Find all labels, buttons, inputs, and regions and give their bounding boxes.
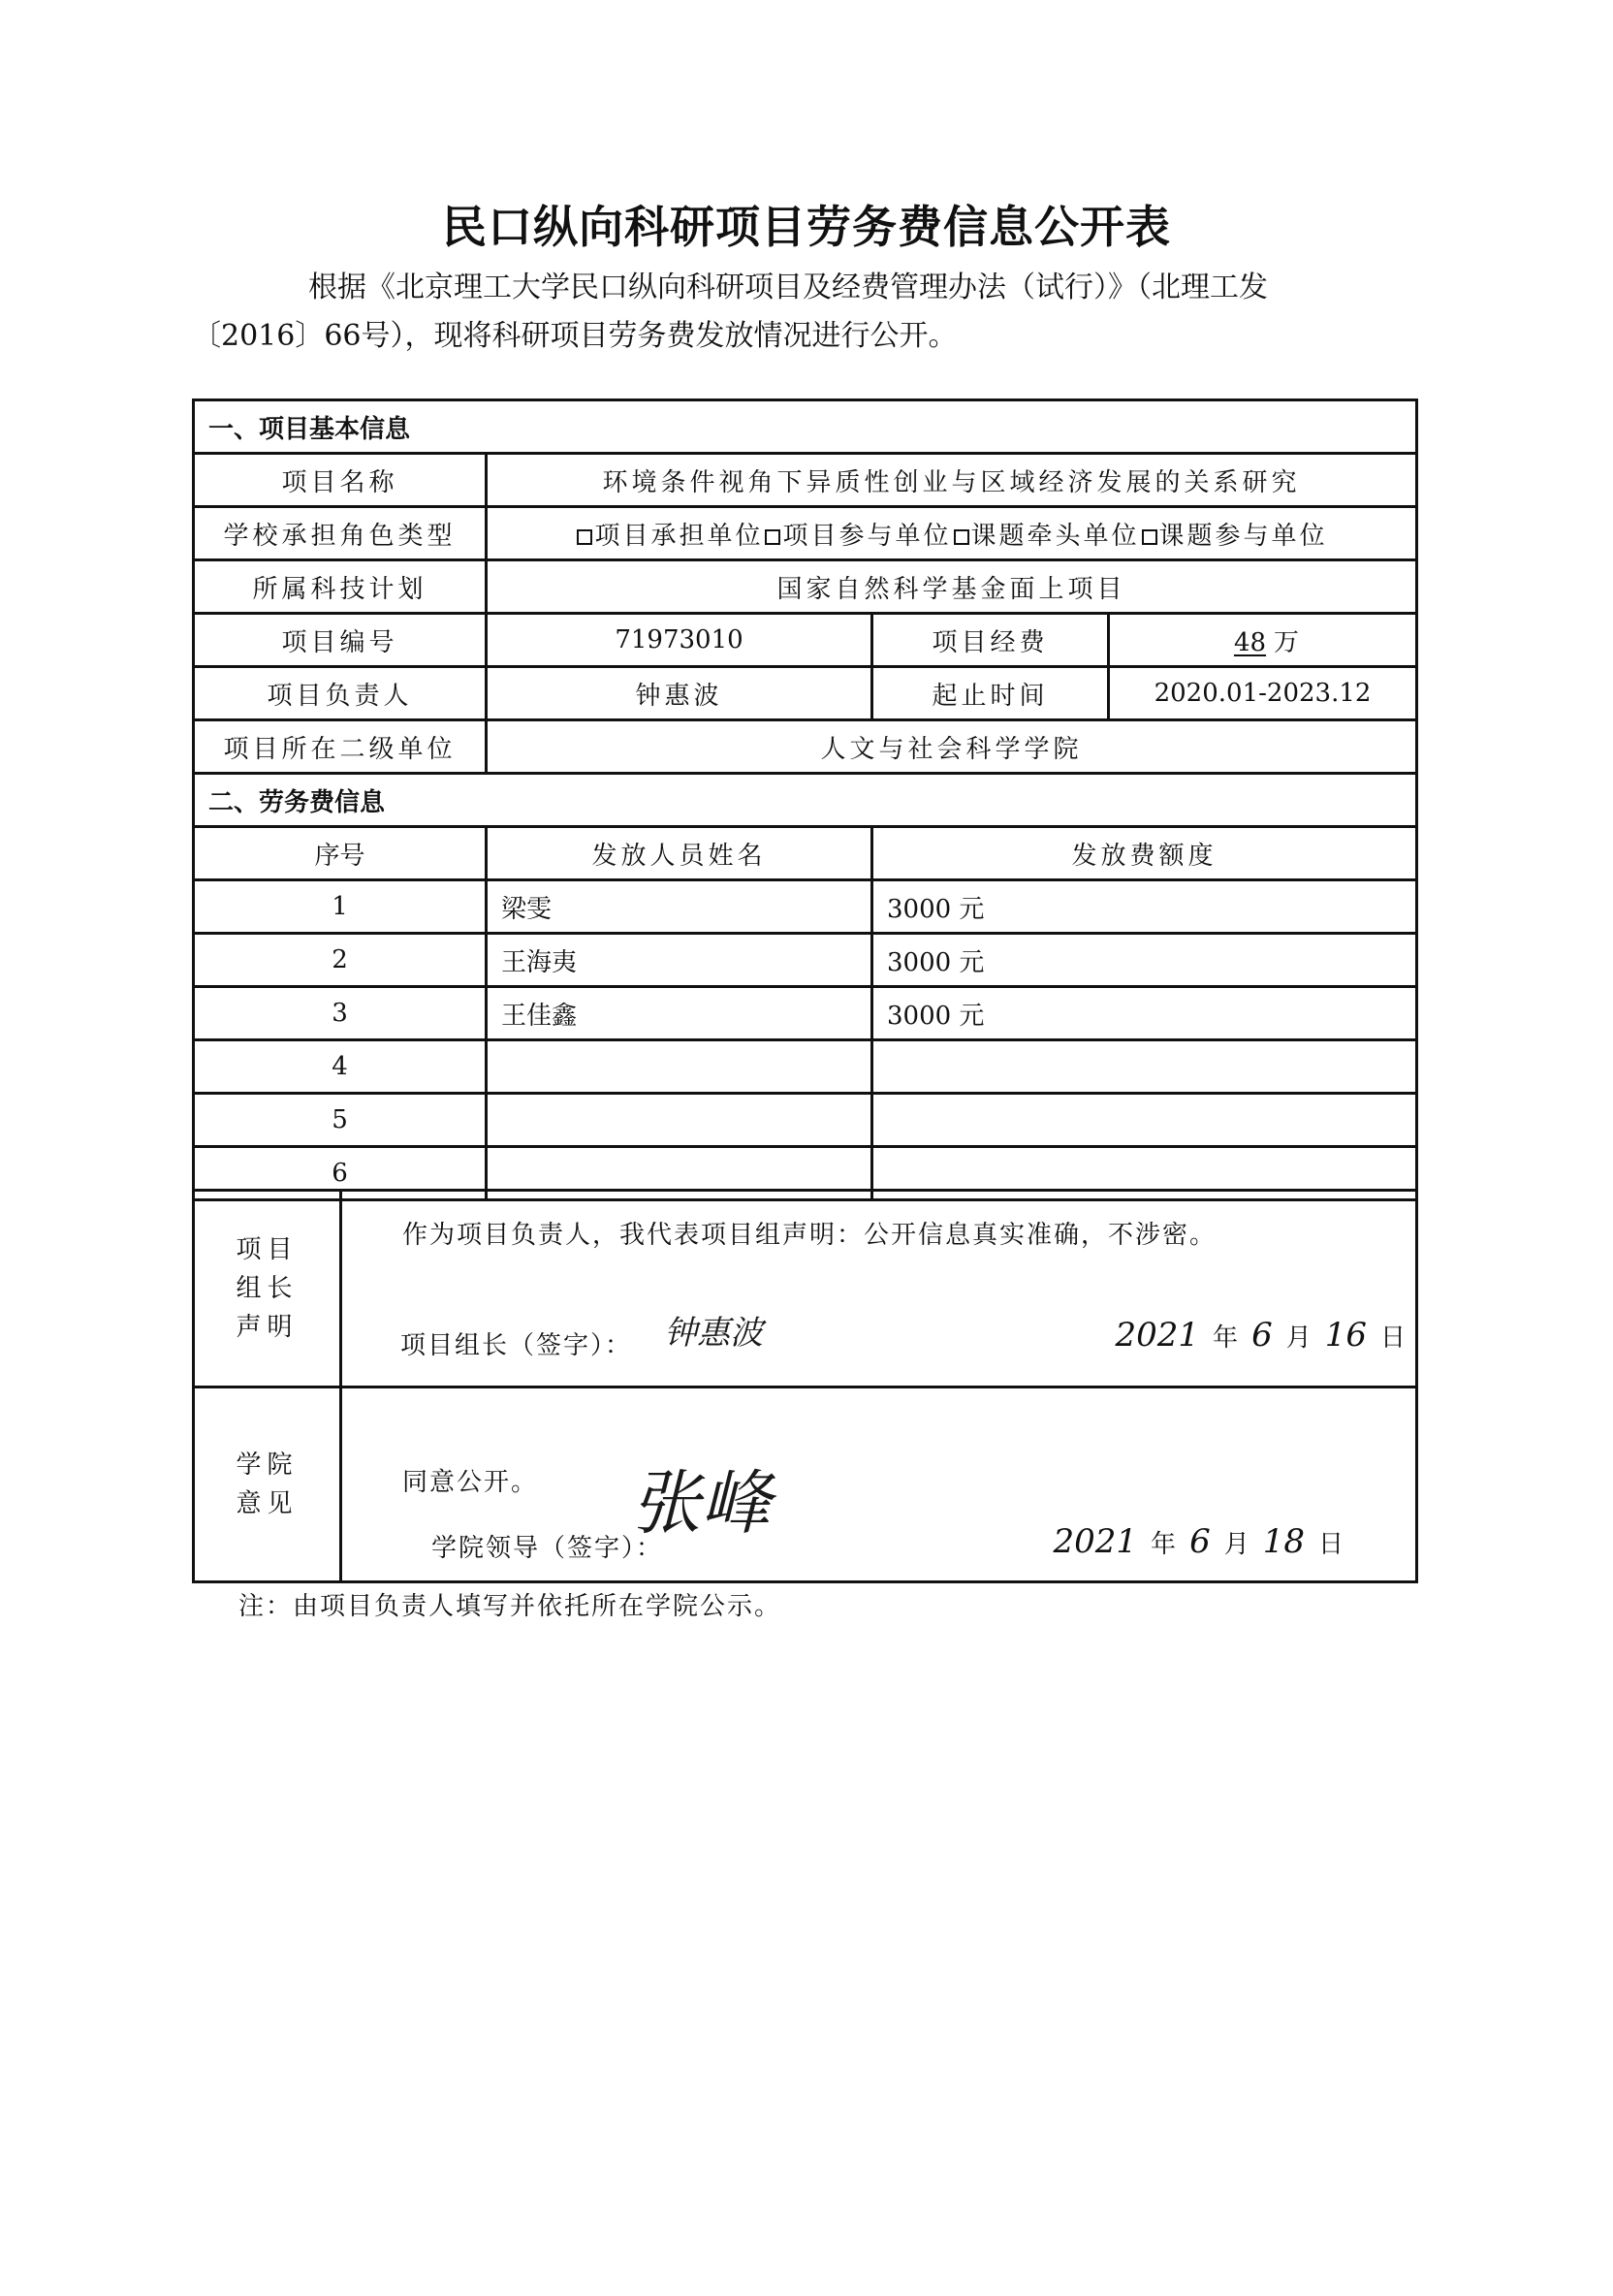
college-opinion-body: 同意公开。 学院领导（签字）： 张峰 2021年6月18日 [341,1387,1417,1582]
college-signature: 张峰 [631,1447,771,1547]
checkbox-icon[interactable] [954,529,969,545]
project-name-label: 项目名称 [194,454,487,507]
program-row: 所属科技计划 国家自然科学基金面上项目 [194,560,1417,614]
row-name: 梁雯 [487,880,872,934]
leader-label: 项目负责人 [194,667,487,720]
role-type-row: 学校承担角色类型 项目承担单位项目参与单位课题牵头单位课题参与单位 [194,507,1417,560]
footer-note: 注：由项目负责人填写并依托所在学院公示。 [238,1586,781,1622]
college-sign-date: 2021年6月18日 [1040,1522,1344,1561]
checkbox-icon[interactable] [1142,529,1157,545]
table-row: 2 王海夷 3000 元 [194,934,1417,987]
leader-declaration-body: 作为项目负责人，我代表项目组声明：公开信息真实准确，不涉密。 项目组长（签字）：… [341,1191,1417,1387]
row-name: 王海夷 [487,934,872,987]
project-name-value: 环境条件视角下异质性创业与区域经济发展的关系研究 [487,454,1417,507]
row-amount: 3000 元 [872,880,1417,934]
checkbox-icon[interactable] [765,529,780,545]
declaration-text: 作为项目负责人，我代表项目组声明：公开信息真实准确，不涉密。 [402,1215,1217,1251]
program-value: 国家自然科学基金面上项目 [487,560,1417,614]
col-header-name: 发放人员姓名 [487,827,872,880]
college-opinion-text: 同意公开。 [402,1462,538,1498]
row-amount: 3000 元 [872,987,1417,1040]
funding-amount: 48 [1226,628,1274,657]
unit-row: 项目所在二级单位 人文与社会科学学院 [194,720,1417,774]
project-no-label: 项目编号 [194,614,487,667]
row-no: 3 [194,987,487,1040]
program-label: 所属科技计划 [194,560,487,614]
funding-unit: 万 [1274,628,1299,657]
signature-table: 项目 组长 声明 作为项目负责人，我代表项目组声明：公开信息真实准确，不涉密。 … [192,1189,1418,1583]
college-opinion-label: 学院 意见 [194,1387,341,1582]
row-no: 2 [194,934,487,987]
role-type-label: 学校承担角色类型 [194,507,487,560]
leader-declaration-row: 项目 组长 声明 作为项目负责人，我代表项目组声明：公开信息真实准确，不涉密。 … [194,1191,1417,1387]
project-no-row: 项目编号 71973010 项目经费 48万 [194,614,1417,667]
role-type-options: 项目承担单位项目参与单位课题牵头单位课题参与单位 [487,507,1417,560]
period-label: 起止时间 [872,667,1109,720]
college-opinion-row: 学院 意见 同意公开。 学院领导（签字）： 张峰 2021年6月18日 [194,1387,1417,1582]
row-no: 4 [194,1040,487,1094]
info-table: 一、项目基本信息 项目名称 环境条件视角下异质性创业与区域经济发展的关系研究 学… [192,399,1418,1201]
row-amount: 3000 元 [872,934,1417,987]
table-row: 5 [194,1094,1417,1147]
project-name-row: 项目名称 环境条件视角下异质性创业与区域经济发展的关系研究 [194,454,1417,507]
section1-header-row: 一、项目基本信息 [194,400,1417,454]
funding-label: 项目经费 [872,614,1109,667]
row-name [487,1094,872,1147]
leader-value: 钟惠波 [487,667,872,720]
row-amount [872,1040,1417,1094]
table-row: 4 [194,1040,1417,1094]
row-name [487,1040,872,1094]
table-row: 1 梁雯 3000 元 [194,880,1417,934]
leader-sign-label: 项目组长（签字）： [400,1325,632,1361]
fee-table-header: 序号 发放人员姓名 发放费额度 [194,827,1417,880]
intro-line-2: 〔2016〕66号），现将科研项目劳务费发放情况进行公开。 [250,312,1423,361]
section1-heading: 一、项目基本信息 [194,400,1417,454]
unit-label: 项目所在二级单位 [194,720,487,774]
page-title: 民口纵向科研项目劳务费信息公开表 [0,192,1613,256]
row-amount [872,1094,1417,1147]
intro-line-1: 根据《北京理工大学民口纵向科研项目及经费管理办法（试行）》（北理工发 [308,271,1268,304]
unit-value: 人文与社会科学学院 [487,720,1417,774]
role-option-2: 项目参与单位 [782,522,951,551]
intro-paragraph: 根据《北京理工大学民口纵向科研项目及经费管理办法（试行）》（北理工发 〔2016… [250,264,1423,361]
checkbox-icon[interactable] [577,529,592,545]
project-no-value: 71973010 [487,614,872,667]
col-header-no: 序号 [194,827,487,880]
leader-signature: 钟惠波 [664,1306,763,1354]
row-no: 5 [194,1094,487,1147]
funding-value: 48万 [1109,614,1417,667]
role-option-1: 项目承担单位 [594,522,763,551]
college-sign-label: 学院领导（签字）： [431,1528,663,1564]
section2-heading: 二、劳务费信息 [194,774,1417,827]
section2-header-row: 二、劳务费信息 [194,774,1417,827]
row-name: 王佳鑫 [487,987,872,1040]
role-option-4: 课题参与单位 [1159,522,1328,551]
role-option-3: 课题牵头单位 [971,522,1140,551]
period-value: 2020.01-2023.12 [1109,667,1417,720]
leader-declaration-label: 项目 组长 声明 [194,1191,341,1387]
table-row: 3 王佳鑫 3000 元 [194,987,1417,1040]
col-header-amount: 发放费额度 [872,827,1417,880]
row-no: 1 [194,880,487,934]
leader-row: 项目负责人 钟惠波 起止时间 2020.01-2023.12 [194,667,1417,720]
leader-sign-date: 2021年6月16日 [1102,1316,1406,1355]
